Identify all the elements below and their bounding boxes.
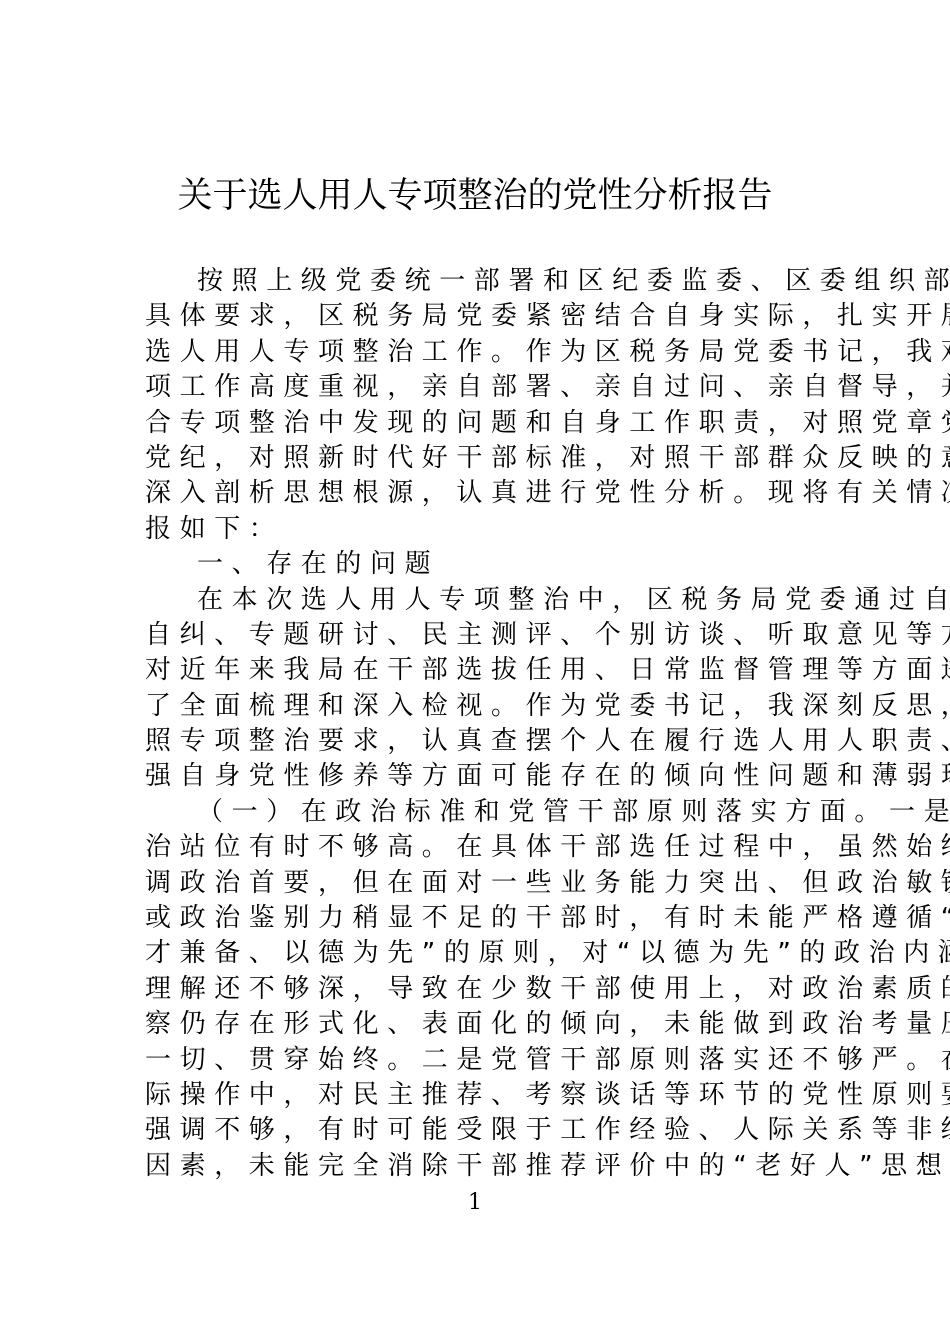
text-line: 了全面梳理和深入检视。作为党委书记，我深刻反思，对 (145, 689, 845, 724)
document-body: 按照上级党委统一部署和区纪委监委、区委组织部的具体要求，区税务局党委紧密结合自身… (145, 264, 845, 1184)
text-line: 报如下： (145, 512, 845, 547)
text-line: 因素，未能完全消除干部推荐评价中的“老好人”思想或 (145, 1149, 845, 1184)
text-line: 对近年来我局在干部选拔任用、日常监督管理等方面进行 (145, 653, 845, 688)
text-line: 察仍存在形式化、表面化的倾向，未能做到政治考量压倒 (145, 1007, 845, 1042)
page-number: 1 (0, 1188, 950, 1218)
text-line: 或政治鉴别力稍显不足的干部时，有时未能严格遵循“德 (145, 901, 845, 936)
text-line: 强调不够，有时可能受限于工作经验、人际关系等非组织 (145, 1113, 845, 1148)
text-line: 调政治首要，但在面对一些业务能力突出、但政治敏锐性 (145, 866, 845, 901)
text-line: 深入剖析思想根源，认真进行党性分析。现将有关情况汇 (145, 476, 845, 511)
text-line: 选人用人专项整治工作。作为区税务局党委书记，我对此 (145, 335, 845, 370)
text-line: 项工作高度重视，亲自部署、亲自过问、亲自督导，并结 (145, 370, 845, 405)
text-line: 际操作中，对民主推荐、考察谈话等环节的党性原则要求 (145, 1078, 845, 1113)
text-line: 一、存在的问题 (145, 547, 845, 582)
text-line: （一）在政治标准和党管干部原则落实方面。一是政 (145, 795, 845, 830)
text-line: 治站位有时不够高。在具体干部选任过程中，虽然始终强 (145, 830, 845, 865)
document-page: 关于选人用人专项整治的党性分析报告 按照上级党委统一部署和区纪委监委、区委组织部… (0, 0, 950, 1344)
text-line: 照专项整治要求，认真查摆个人在履行选人用人职责、加 (145, 724, 845, 759)
text-line: 才兼备、以德为先”的原则，对“以德为先”的政治内涵 (145, 936, 845, 971)
text-line: 在本次选人用人专项整治中，区税务局党委通过自查 (145, 583, 845, 618)
text-line: 强自身党性修养等方面可能存在的倾向性问题和薄弱环节。 (145, 759, 845, 794)
document-title: 关于选人用人专项整治的党性分析报告 (0, 172, 950, 220)
text-line: 按照上级党委统一部署和区纪委监委、区委组织部的 (145, 264, 845, 299)
text-line: 党纪，对照新时代好干部标准，对照干部群众反映的意见 (145, 441, 845, 476)
text-line: 具体要求，区税务局党委紧密结合自身实际，扎实开展了 (145, 299, 845, 334)
text-line: 合专项整治中发现的问题和自身工作职责，对照党章党规 (145, 406, 845, 441)
text-line: 自纠、专题研讨、民主测评、个别访谈、听取意见等方式 (145, 618, 845, 653)
text-line: 一切、贯穿始终。二是党管干部原则落实还不够严。在实 (145, 1043, 845, 1078)
text-line: 理解还不够深，导致在少数干部使用上，对政治素质的考 (145, 972, 845, 1007)
